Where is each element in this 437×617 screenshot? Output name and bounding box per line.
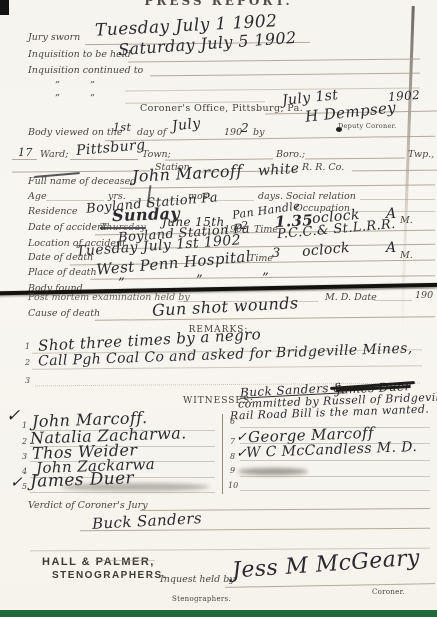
age-label: Age bbox=[28, 191, 47, 202]
remark-number: 2 bbox=[25, 358, 30, 367]
post-mortem-year-label: 190 bbox=[415, 290, 433, 301]
ward-city: Pittsburg bbox=[75, 137, 146, 159]
press-report-document: PRESS REPORT. Jury sworn Tuesday July 1 … bbox=[0, 0, 437, 617]
days-social-label: days. Social relation bbox=[258, 191, 356, 202]
rule-line bbox=[150, 73, 420, 77]
ditto-mark: ” bbox=[90, 93, 95, 104]
rule-line bbox=[240, 490, 430, 491]
boro-label: Boro.; bbox=[276, 149, 305, 160]
rule-line bbox=[352, 170, 437, 172]
rule-line bbox=[212, 200, 254, 201]
rule-line bbox=[165, 158, 273, 160]
body-viewed-year-written: 2 bbox=[241, 121, 249, 135]
rule-line bbox=[125, 87, 420, 91]
witness-number: 7 bbox=[230, 437, 235, 446]
md-date-label: M. D. Date bbox=[325, 292, 377, 303]
deceased-race-value: white bbox=[257, 161, 299, 180]
stenographers-stamp-line1: HALL & PALMER, bbox=[42, 556, 155, 568]
inquisition-continued-label: Inquisition continued to bbox=[28, 65, 143, 76]
witness-number: 10 bbox=[228, 481, 238, 490]
date-accident-label: Date of accident bbox=[28, 222, 107, 233]
rule-line bbox=[30, 492, 215, 493]
witness-number: 2 bbox=[22, 437, 27, 446]
body-viewed-month: July bbox=[171, 116, 201, 135]
ditto-mark: ” bbox=[90, 80, 95, 91]
rule-line bbox=[240, 476, 430, 477]
residence-label: Residence bbox=[28, 206, 77, 217]
ditto-mark: ” bbox=[55, 93, 60, 104]
death-meridiem: A bbox=[386, 240, 397, 256]
stenographers-stamp-line2: STENOGRAPHERS. bbox=[52, 570, 167, 581]
ward-number: 17 bbox=[18, 146, 33, 159]
full-name-label: Full name of deceased bbox=[28, 176, 136, 187]
coroner-label: Coroner. bbox=[372, 588, 405, 596]
rule-line bbox=[120, 184, 435, 188]
page-title: PRESS REPORT. bbox=[0, 0, 437, 8]
witness-number: 8 bbox=[230, 452, 235, 461]
place-death-label: Place of death bbox=[28, 267, 97, 278]
rule-line bbox=[128, 58, 420, 62]
inquisition-held-label: Inquisition to be held bbox=[28, 49, 131, 60]
ink-smudge bbox=[238, 468, 308, 475]
rule-line bbox=[305, 157, 405, 159]
jury-sworn-label: Jury sworn bbox=[28, 32, 80, 43]
witness-number: 5 bbox=[22, 482, 27, 491]
remark-number: 3 bbox=[25, 376, 30, 385]
witness-number: 1 bbox=[22, 421, 27, 430]
rule-line bbox=[95, 316, 435, 321]
town-label: Town; bbox=[142, 149, 171, 160]
rr-co-label: R. R. Co. bbox=[302, 162, 344, 173]
checkmark-icon: ✓ bbox=[10, 473, 23, 491]
body-viewed-by-label: by bbox=[253, 127, 264, 138]
rule-line bbox=[240, 460, 430, 461]
witness-number: 3 bbox=[22, 452, 27, 461]
body-viewed-day: 1st bbox=[113, 121, 131, 134]
rule-line bbox=[374, 300, 412, 301]
ink-smudge bbox=[60, 483, 210, 491]
death-time-value: 3 bbox=[272, 246, 281, 261]
body-viewed-year-printed: 190 bbox=[224, 127, 242, 138]
rule-line bbox=[70, 159, 138, 160]
checkmark-icon: ✓ bbox=[6, 406, 20, 426]
rule-line bbox=[360, 199, 435, 200]
ditto-mark: ” bbox=[55, 80, 60, 91]
rule-line bbox=[12, 170, 150, 172]
witness-number: 6 bbox=[230, 417, 235, 426]
remark-number: 1 bbox=[25, 342, 30, 351]
deputy-coroner-label: Deputy Coroner. bbox=[338, 122, 397, 130]
body-viewed-label: Body viewed on the bbox=[28, 127, 122, 138]
column-divider bbox=[222, 414, 223, 494]
ditto-mark: ” bbox=[262, 271, 269, 286]
death-oclock: oclock bbox=[301, 240, 350, 260]
accident-m-label: M. bbox=[400, 215, 413, 226]
twp-label: Twp., bbox=[408, 149, 434, 160]
bottom-edge-strip bbox=[0, 610, 437, 617]
inquest-held-by-label: Inquest held by bbox=[160, 574, 235, 585]
deceased-name-value: John Marcoff bbox=[132, 161, 243, 186]
witness-number: 9 bbox=[230, 466, 235, 475]
rule-line bbox=[12, 159, 37, 160]
ward-label: Ward; bbox=[40, 149, 68, 160]
ditto-mark: ” bbox=[196, 273, 203, 288]
cause-death-label: Cause of death bbox=[28, 308, 100, 319]
verdict-label: Verdict of Coroner's Jury bbox=[28, 500, 148, 511]
coroner-signature: Jess M McGeary bbox=[231, 545, 420, 583]
rule-line bbox=[95, 560, 155, 561]
stenographers-label: Stenographers. bbox=[172, 595, 231, 603]
